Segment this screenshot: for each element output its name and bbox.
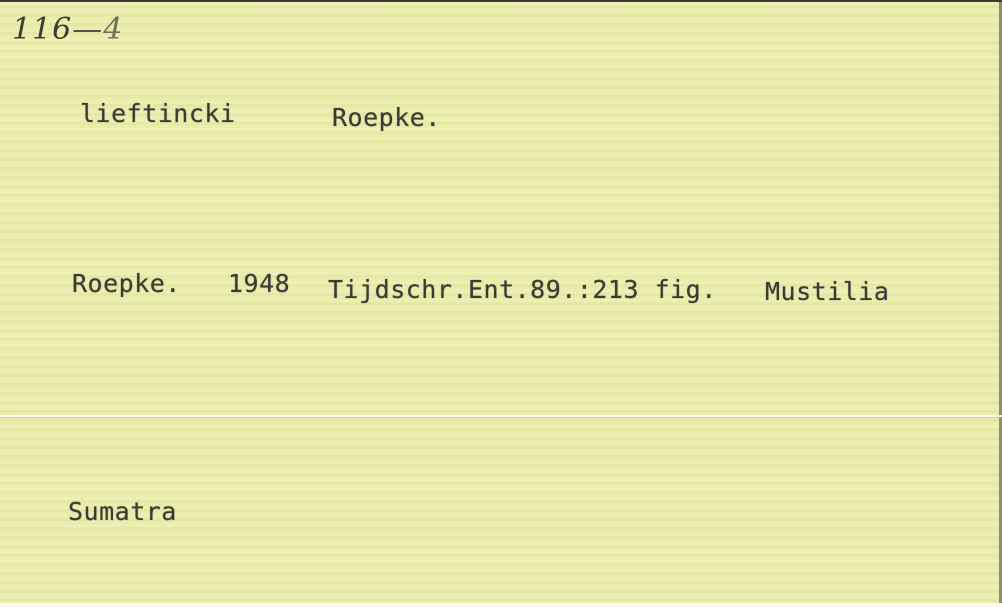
catalog-number-separator: — bbox=[72, 12, 103, 47]
card-bottom-edge bbox=[0, 603, 1002, 607]
reference-author: Roepke. bbox=[72, 269, 181, 298]
card-crease bbox=[0, 415, 1002, 417]
reference-year: 1948 bbox=[228, 269, 290, 298]
locality: Sumatra bbox=[68, 497, 177, 526]
species-name: lieftincki bbox=[80, 99, 236, 128]
catalog-number-prefix: 116 bbox=[12, 12, 72, 47]
reference-citation: Tijdschr.Ent.89.:213 fig. bbox=[328, 275, 717, 304]
catalog-number-suffix: 4 bbox=[103, 12, 123, 47]
reference-genus: Mustilia bbox=[765, 277, 889, 306]
species-author: Roepke. bbox=[332, 103, 441, 132]
index-card: 116—4 lieftincki Roepke. Roepke. 1948 Ti… bbox=[0, 0, 1002, 603]
catalog-number: 116—4 bbox=[12, 12, 123, 47]
